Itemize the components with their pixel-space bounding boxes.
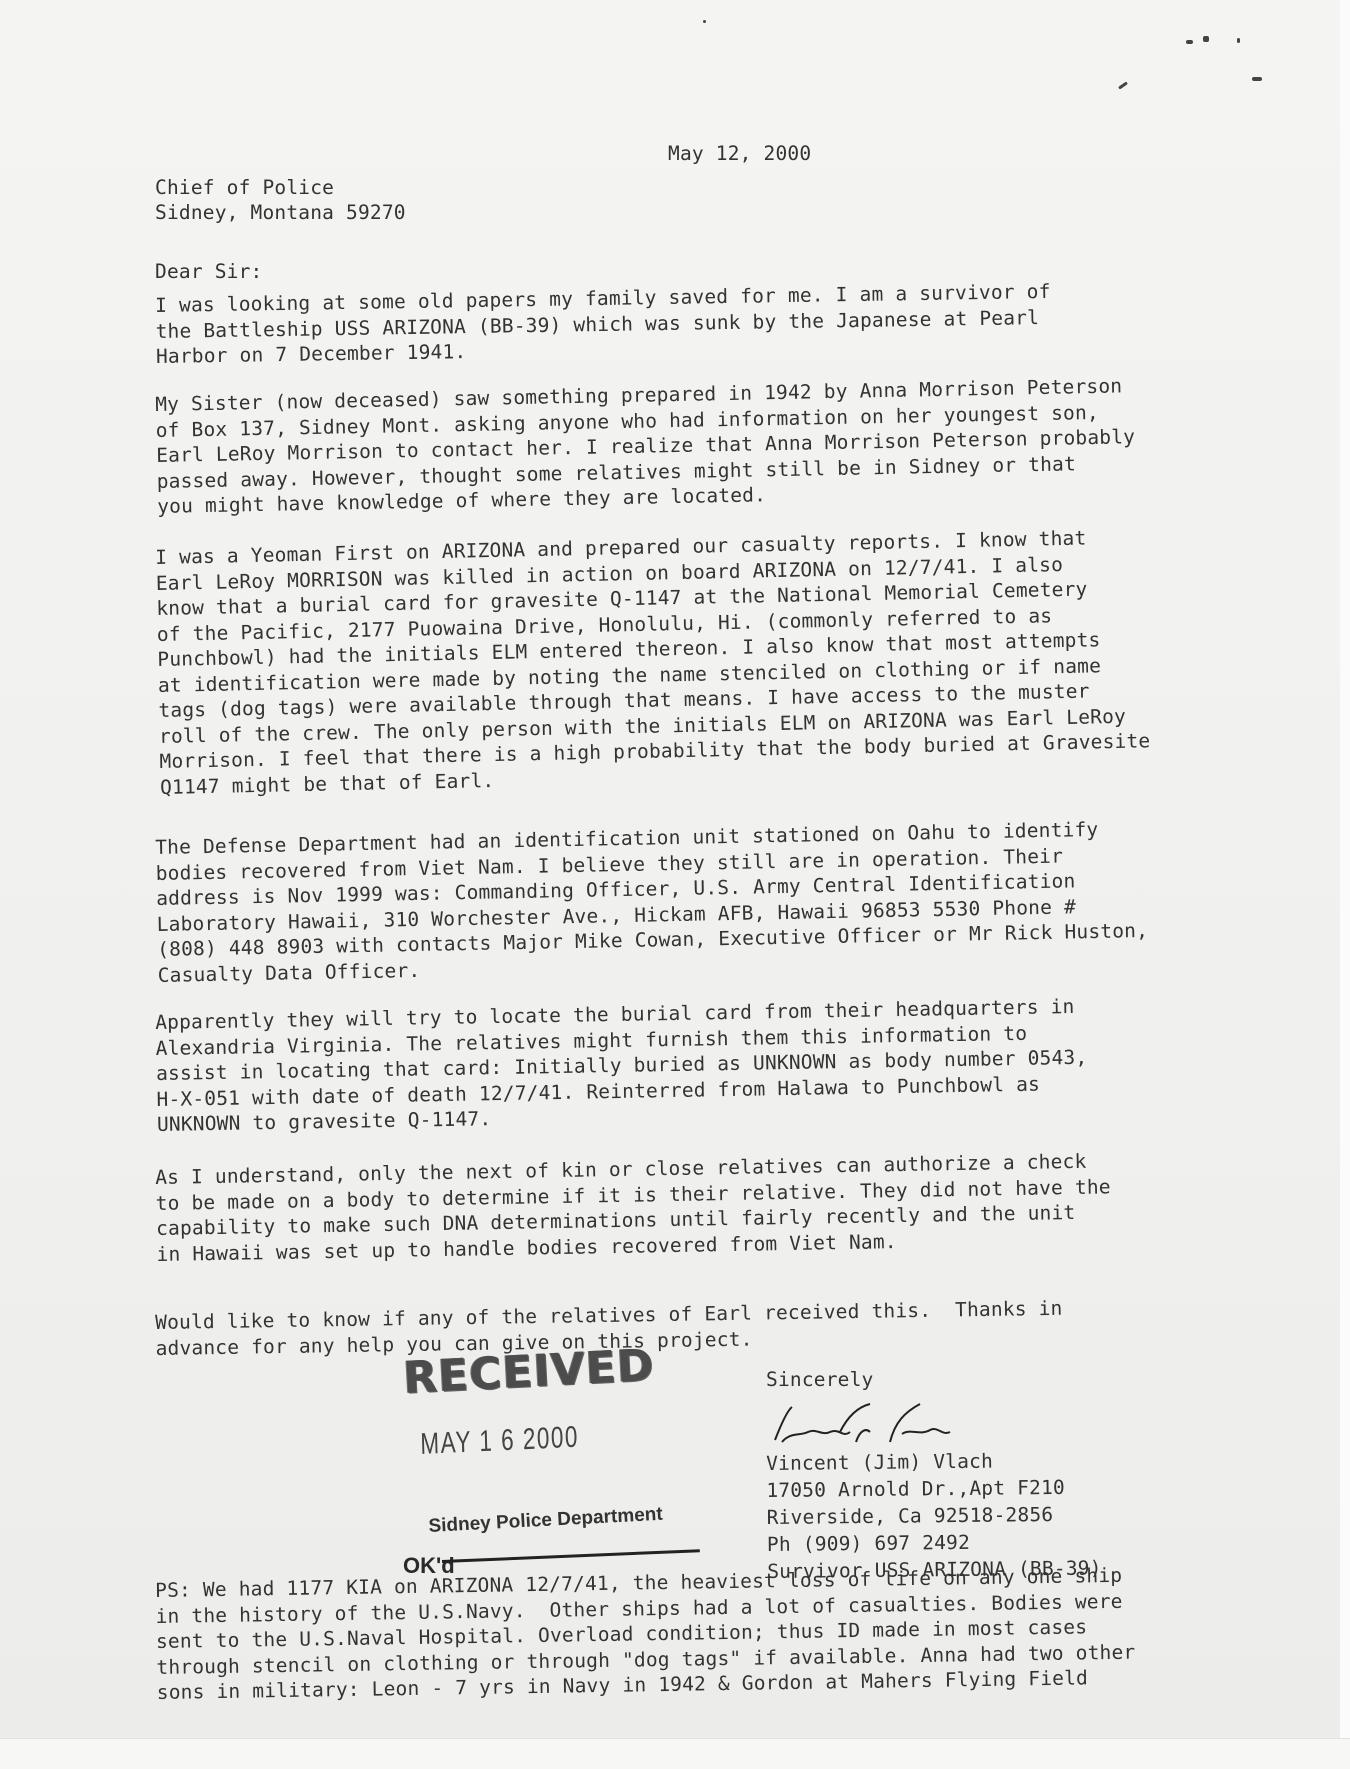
sender-street: 17050 Arnold Dr.,Apt F210 bbox=[766, 1473, 1101, 1503]
scan-bottom-edge bbox=[0, 1738, 1350, 1769]
letter-page: May 12, 2000 Chief of Police Sidney, Mon… bbox=[0, 0, 1350, 1769]
salutation: Dear Sir: bbox=[155, 260, 262, 283]
postscript: PS: We had 1177 KIA on ARIZONA 12/7/41, … bbox=[155, 1563, 1136, 1706]
closing: Sincerely bbox=[766, 1368, 873, 1391]
sender-phone: Ph (909) 697 2492 bbox=[767, 1527, 1102, 1557]
paragraph-burial-card: Apparently they will try to locate the b… bbox=[155, 994, 1088, 1138]
page-edge bbox=[1340, 0, 1350, 1769]
paragraph-sister: My Sister (now deceased) saw something p… bbox=[155, 373, 1136, 519]
sender-name: Vincent (Jim) Vlach bbox=[766, 1446, 1101, 1476]
paragraph-defense-dept: The Defense Department had an identifica… bbox=[155, 816, 1149, 988]
received-date-stamp: MAY 1 6 2000 bbox=[420, 1421, 579, 1462]
paragraph-dna: As I understand, only the next of kin or… bbox=[155, 1148, 1112, 1267]
police-department-stamp: Sidney Police Department bbox=[428, 1504, 663, 1538]
paragraph-intro: I was looking at some old papers my fami… bbox=[155, 279, 1052, 370]
okd-signature-line bbox=[442, 1549, 700, 1563]
recipient-line-1: Chief of Police bbox=[155, 176, 334, 199]
recipient-line-2: Sidney, Montana 59270 bbox=[155, 201, 406, 224]
sender-city: Riverside, Ca 92518-2856 bbox=[767, 1500, 1102, 1530]
letter-date: May 12, 2000 bbox=[668, 142, 811, 165]
paragraph-yeoman: I was a Yeoman First on ARIZONA and prep… bbox=[155, 524, 1151, 800]
